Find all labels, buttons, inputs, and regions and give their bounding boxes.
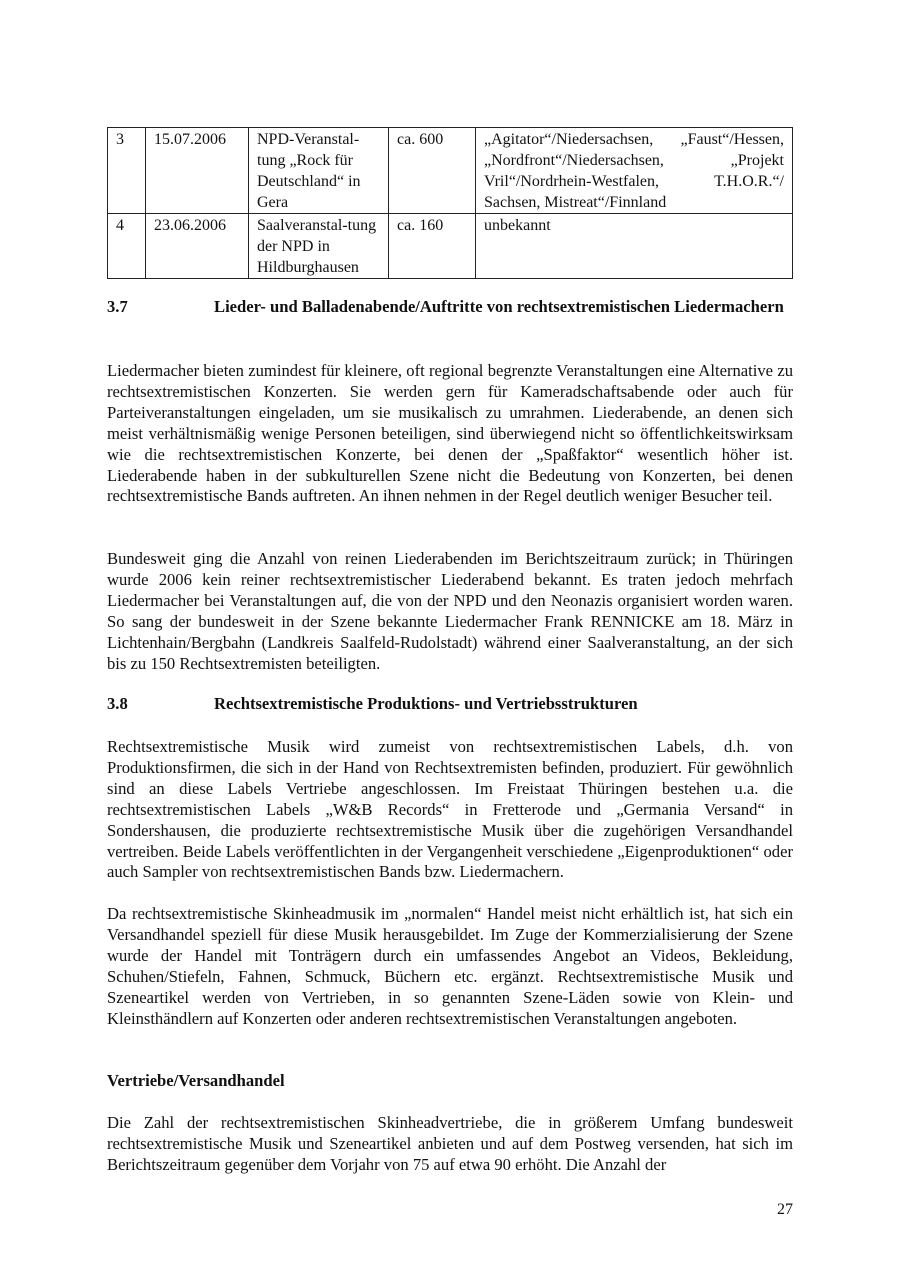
section-title: Rechtsextremistische Produktions- und Ve… <box>214 694 793 715</box>
section-number: 3.8 <box>107 694 214 715</box>
paragraph: Da rechtsextremistische Skinheadmusik im… <box>107 904 793 1029</box>
cell-attendees: ca. 160 <box>389 214 476 279</box>
cell-attendees: ca. 600 <box>389 128 476 214</box>
cell-nr: 3 <box>108 128 146 214</box>
cell-bands: „Agitator“/Niedersachsen, „Faust“/Hessen… <box>476 128 793 214</box>
table-row: 4 23.06.2006 Saalveranstal-tung der NPD … <box>108 214 793 279</box>
cell-date: 23.06.2006 <box>146 214 249 279</box>
section-title: Lieder- und Balladenabende/Auftritte von… <box>214 297 793 318</box>
events-table: 3 15.07.2006 NPD-Veranstal-tung „Rock fü… <box>107 127 793 279</box>
subheading: Vertriebe/Versandhandel <box>107 1071 793 1092</box>
page-number: 27 <box>760 1201 793 1219</box>
cell-bands: unbekannt <box>476 214 793 279</box>
paragraph: Bundesweit ging die Anzahl von reinen Li… <box>107 549 793 674</box>
paragraph: Liedermacher bieten zumindest für kleine… <box>107 361 793 507</box>
cell-event: Saalveranstal-tung der NPD in Hildburgha… <box>249 214 389 279</box>
cell-event: NPD-Veranstal-tung „Rock für Deutschland… <box>249 128 389 214</box>
paragraph: Rechtsextremistische Musik wird zumeist … <box>107 737 793 883</box>
section-heading-3-7: 3.7 Lieder- und Balladenabende/Auftritte… <box>107 297 793 318</box>
paragraph: Die Zahl der rechtsextremistischen Skinh… <box>107 1113 793 1176</box>
document-page: 3 15.07.2006 NPD-Veranstal-tung „Rock fü… <box>0 0 900 1273</box>
cell-nr: 4 <box>108 214 146 279</box>
section-heading-3-8: 3.8 Rechtsextremistische Produktions- un… <box>107 694 793 715</box>
cell-date: 15.07.2006 <box>146 128 249 214</box>
table-row: 3 15.07.2006 NPD-Veranstal-tung „Rock fü… <box>108 128 793 214</box>
section-number: 3.7 <box>107 297 214 318</box>
